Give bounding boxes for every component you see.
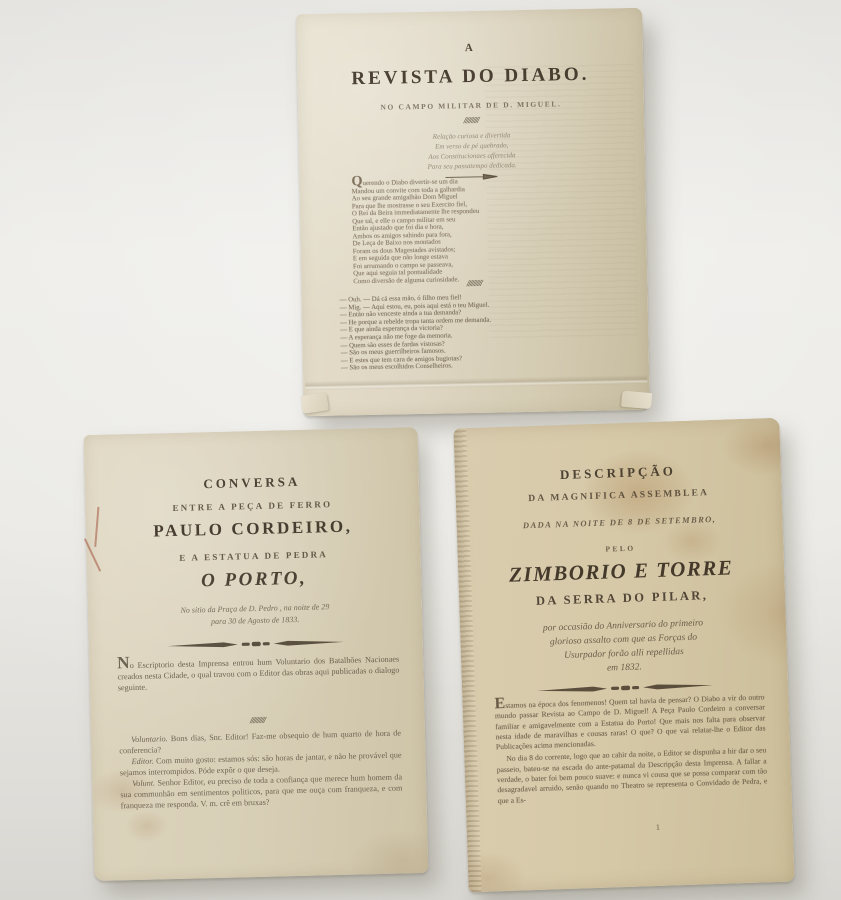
pamphlet-title-line: DESCRIPÇÃO: [455, 460, 781, 487]
slash-ornament-icon: //////////: [91, 711, 425, 729]
photo-backdrop: A REVISTA DO DIABO. NO CAMPO MILITAR DE …: [0, 0, 841, 900]
pamphlet-title-line: E A ESTATUA DE PEDRA: [87, 547, 421, 565]
dateline: No sitio da Praça de D. Pedro , na noite…: [88, 599, 422, 630]
pamphlet-title-line: PAULO CORDEIRO,: [86, 515, 420, 543]
page-crease: [305, 375, 647, 391]
pamphlet-title-line: DA SERRA DO PILAR,: [459, 586, 785, 612]
pamphlet-page: CONVERSA ENTRE A PEÇA DE FERRO PAULO COR…: [84, 427, 429, 881]
pamphlet-revista-do-diabo: A REVISTA DO DIABO. NO CAMPO MILITAR DE …: [296, 8, 650, 417]
pamphlet-title-line: O PORTO,: [87, 565, 421, 595]
body-text: Estamos na época dos fenomenos! Quem tal…: [494, 692, 767, 808]
pamphlet-page: A REVISTA DO DIABO. NO CAMPO MILITAR DE …: [296, 8, 650, 417]
page-corner-fold: [301, 392, 329, 413]
pamphlet-title-line: CONVERSA: [85, 471, 419, 495]
speaker-name: Volunt.: [132, 779, 155, 789]
poem: Querendo o Diabo divertir-se um dia Mand…: [351, 175, 617, 285]
pamphlet-title-line: DA MAGNIFICA ASSEMBLEA: [456, 486, 782, 507]
body-paragraph: Estamos na época dos fenomenos! Quem tal…: [494, 692, 766, 752]
pamphlet-subtitle: por occasião do Anniversario do primeiro…: [460, 614, 788, 681]
title-article: A: [297, 39, 643, 58]
pamphlet-page: DESCRIPÇÃO DA MAGNIFICA ASSEMBLEA DADA N…: [453, 418, 794, 893]
verse-dialogue: — Ouh. — Dá cá essa mão, ó filho meu fie…: [340, 291, 623, 372]
dialogue-text: Senhor Editor, eu preciso de toda a conf…: [120, 773, 402, 810]
pamphlet-title-line: ENTRE A PEÇA DE FERRO: [85, 497, 419, 515]
pamphlet-title-line: ZIMBORIO E TORRE: [458, 554, 785, 590]
pamphlet-descripcao-zimborio: DESCRIPÇÃO DA MAGNIFICA ASSEMBLEA DADA N…: [453, 418, 794, 893]
speaker-name: Editor.: [131, 757, 153, 767]
pamphlet-title-line: DADA NA NOITE DE 8 DE SETEMBRO,: [457, 512, 783, 533]
page-corner-fold: [621, 391, 652, 410]
dialogue-section: Voluntario. Bons dias, Snr. Editor! Faz-…: [119, 728, 403, 812]
speaker-name: Voluntario.: [131, 734, 168, 744]
body-paragraph: No dia 8 do corrente, logo que ao cahir …: [496, 746, 768, 806]
intro-paragraph: No Escriptorio desta Imprensa entrou hum…: [117, 654, 400, 694]
page-number: 1: [656, 822, 661, 832]
pamphlet-conversa-paulo-cordeiro: CONVERSA ENTRE A PEÇA DE FERRO PAULO COR…: [84, 427, 429, 881]
dialogue-paragraph: Volunt. Senhor Editor, eu preciso de tod…: [120, 773, 403, 812]
